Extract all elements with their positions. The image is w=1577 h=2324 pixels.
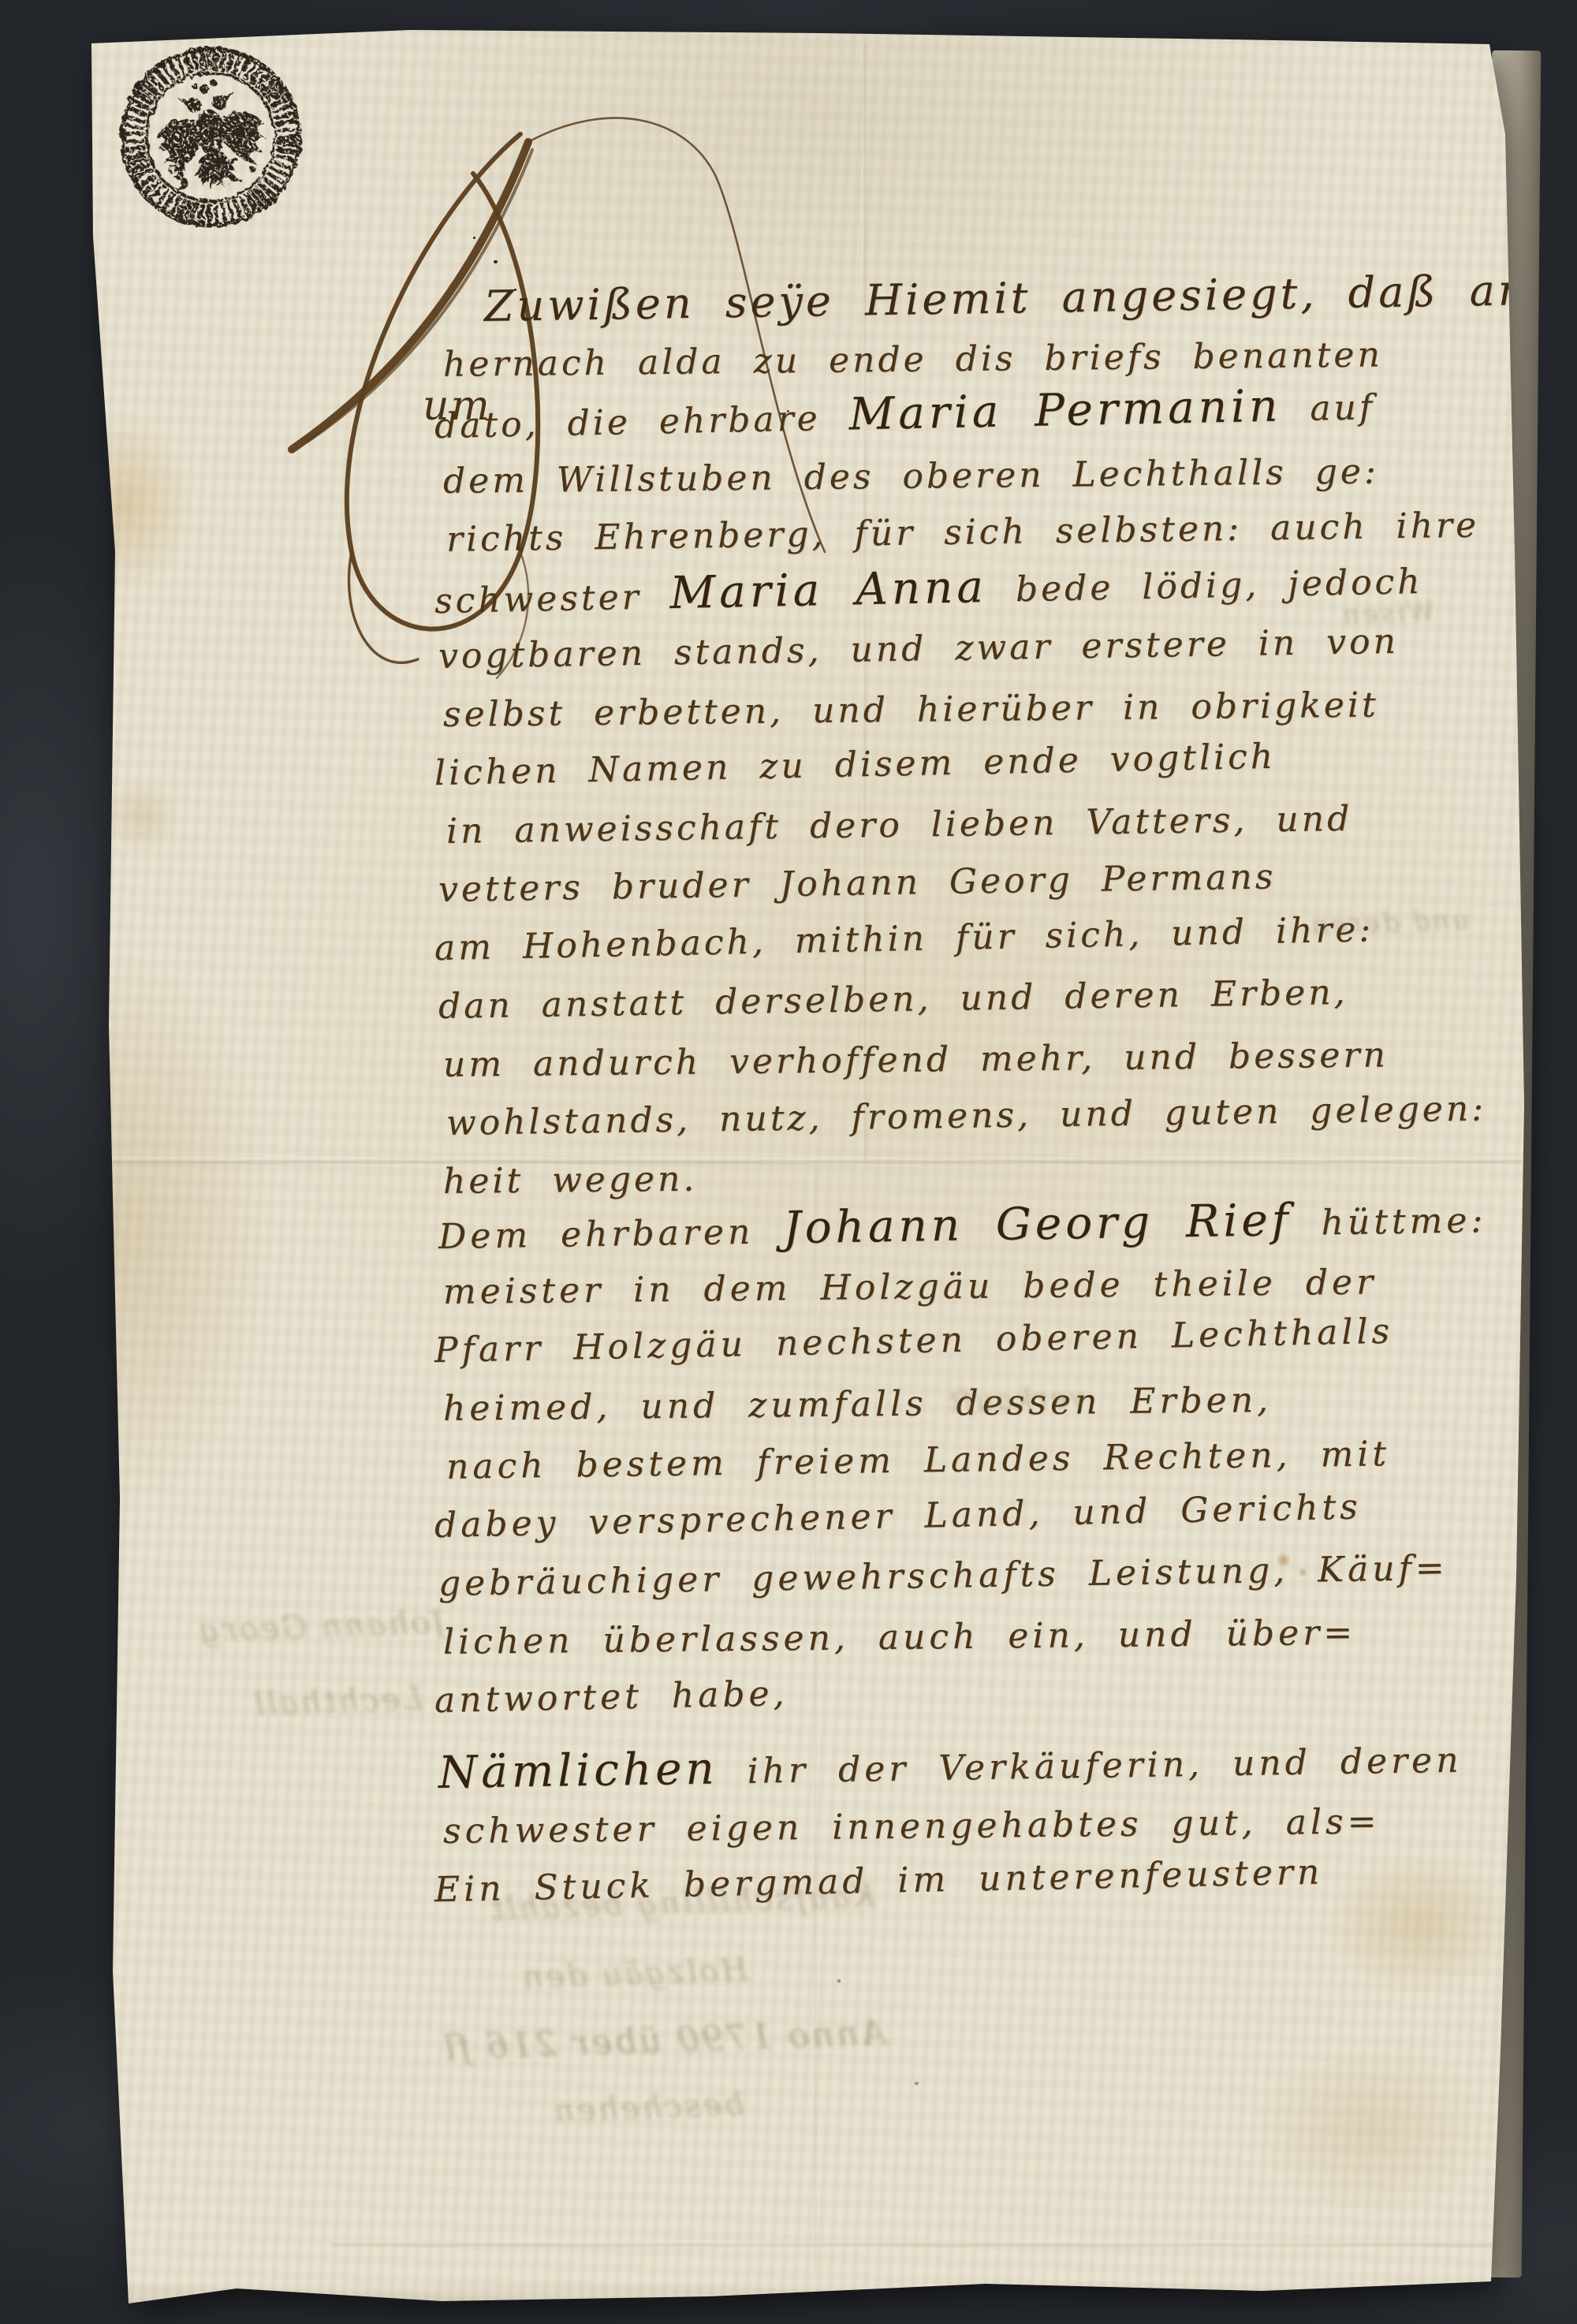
- paragraph-3: Nämlichen ihr der Verkäuferin, und deren…: [438, 1744, 1558, 1919]
- manuscript-line: Nämlichen ihr der Verkäuferin, und deren: [438, 1727, 1558, 1803]
- manuscript: Zuwißen seÿe Hiemit angesiegt, daß anheü…: [0, 0, 1577, 2324]
- line-segment: ihr der Verkäuferin, und deren: [718, 1740, 1463, 1792]
- paragraph-1: Zuwißen seÿe Hiemit angesiegt, daß anheü…: [438, 278, 1558, 1211]
- manuscript-paper: 3·K· um Zuwißen seÿe Hiemit angesiegt, d…: [0, 0, 1577, 2324]
- line-segment: schwester: [434, 576, 671, 621]
- line-segment: bede lödig, jedoch: [986, 561, 1423, 610]
- manuscript-line: Zuwißen seÿe Hiemit angesiegt, daß anheü…: [483, 261, 1558, 336]
- line-segment: auf: [1281, 387, 1376, 429]
- emphasized-name: Maria Permanin: [848, 381, 1282, 441]
- line-segment: hüttme:: [1292, 1200, 1486, 1244]
- scan-background: 3·K· um Zuwißen seÿe Hiemit angesiegt, d…: [0, 0, 1577, 2324]
- emphasized-name: Johann Georg Rief: [783, 1195, 1292, 1254]
- line-segment: Dem ehrbaren: [438, 1211, 784, 1257]
- paper-shadow-wrap: 3·K· um Zuwißen seÿe Hiemit angesiegt, d…: [0, 0, 1577, 2324]
- paragraph-2: Dem ehrbaren Johann Georg Rief hüttme:me…: [438, 1205, 1558, 1730]
- emphasized-name: Maria Anna: [669, 561, 988, 619]
- line-segment: dato, die ehrbare: [434, 398, 850, 447]
- emphasized-name: Nämlichen: [438, 1743, 718, 1799]
